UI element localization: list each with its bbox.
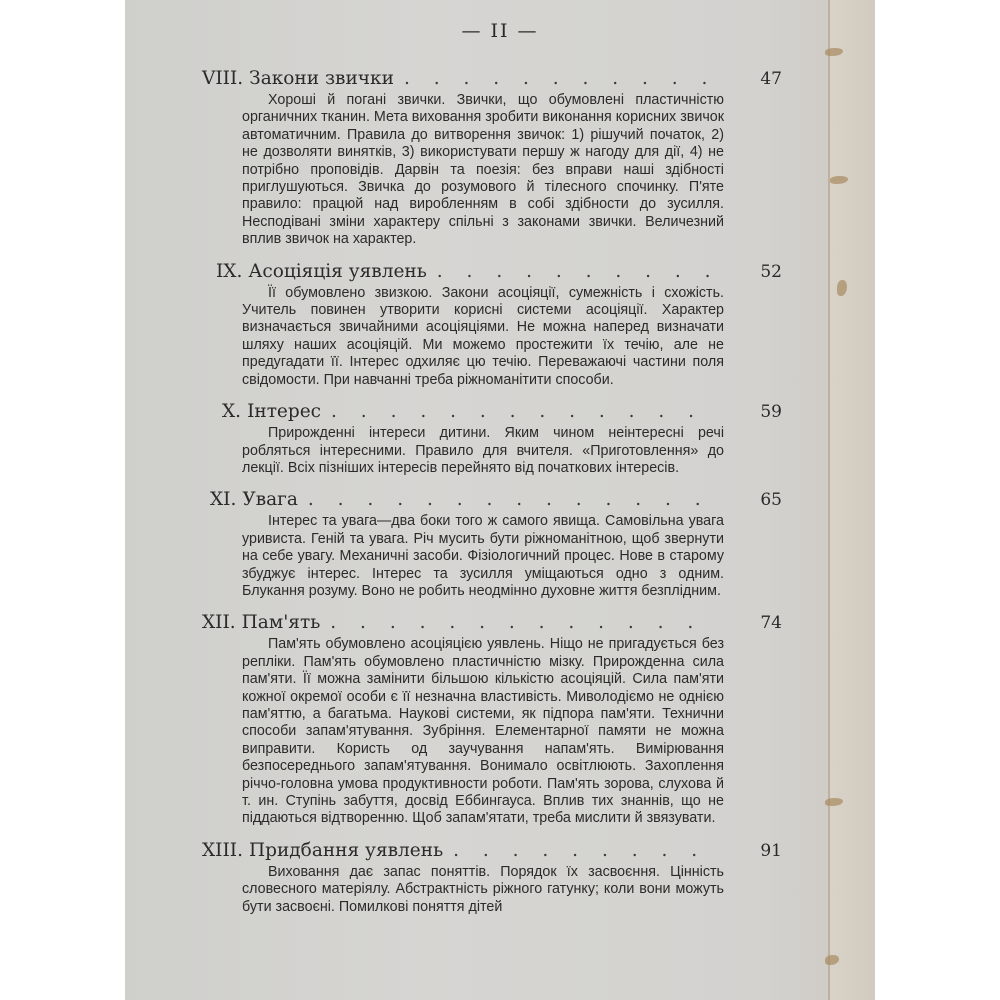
- page-margin-strip: [830, 0, 875, 1000]
- toc-entry-heading: XIII. Придбання уявлень 91: [202, 838, 762, 864]
- toc-entry: IX. Асоціяція уявлень 52 Її обумовлено з…: [202, 259, 762, 389]
- chapter-page-number: 47: [742, 66, 782, 92]
- chapter-page-number: 65: [742, 487, 782, 513]
- chapter-numeral: VIII.: [202, 66, 243, 92]
- chapter-title: Пам'ять: [242, 610, 321, 636]
- toc-entry: XII. Пам'ять 74 Пам'ять обумовлено асоці…: [202, 610, 762, 827]
- dot-leader: [453, 838, 712, 864]
- chapter-page-number: 52: [742, 259, 782, 285]
- chapter-numeral: XI.: [202, 487, 236, 513]
- toc-entry-heading: VIII. Закони звички 47: [202, 66, 762, 92]
- chapter-title: Асоціяція уявлень: [248, 259, 426, 285]
- page-number: — II —: [125, 20, 875, 42]
- chapter-summary: Прирожденні інтереси дитини. Яким чином …: [242, 425, 724, 477]
- chapter-summary: Інтерес та увага—два боки того ж самого …: [242, 513, 724, 600]
- toc-entry-heading: XII. Пам'ять 74: [202, 610, 762, 636]
- toc-entry: X. Інтерес 59 Прирожденні інтереси дитин…: [202, 399, 762, 477]
- chapter-summary: Пам'ять обумовлено асоціяцією уявлень. Н…: [242, 636, 724, 827]
- chapter-title: Інтерес: [247, 399, 321, 425]
- dot-leader: [437, 259, 712, 285]
- chapter-page-number: 59: [742, 399, 782, 425]
- dot-leader: [331, 399, 712, 425]
- chapter-summary: Її обумовлено звизкою. Закони асоціяції,…: [242, 285, 724, 389]
- chapter-title: Закони звички: [249, 66, 394, 92]
- toc-entry: XI. Увага 65 Інтерес та увага—два боки т…: [202, 487, 762, 600]
- toc-entry-heading: IX. Асоціяція уявлень 52: [202, 259, 762, 285]
- chapter-numeral: X.: [202, 399, 241, 425]
- chapter-page-number: 91: [742, 838, 782, 864]
- chapter-summary: Хороші й погані звички. Звички, що обумо…: [242, 92, 724, 249]
- chapter-title: Придбання уявлень: [249, 838, 443, 864]
- toc-entry-heading: XI. Увага 65: [202, 487, 762, 513]
- chapter-numeral: IX.: [202, 259, 242, 285]
- toc-entry: XIII. Придбання уявлень 91 Виховання дає…: [202, 838, 762, 916]
- dot-leader: [308, 487, 712, 513]
- dot-leader: [404, 66, 712, 92]
- dot-leader: [330, 610, 712, 636]
- book-page: — II — VIII. Закони звички 47 Хороші й п…: [125, 0, 875, 1000]
- table-of-contents: VIII. Закони звички 47 Хороші й погані з…: [202, 66, 762, 928]
- toc-entry: VIII. Закони звички 47 Хороші й погані з…: [202, 66, 762, 249]
- chapter-numeral: XII.: [202, 610, 236, 636]
- toc-entry-heading: X. Інтерес 59: [202, 399, 762, 425]
- chapter-title: Увага: [242, 487, 298, 513]
- chapter-summary: Виховання дає запас поняттів. Порядок їх…: [242, 864, 724, 916]
- chapter-numeral: XIII.: [202, 838, 243, 864]
- chapter-page-number: 74: [742, 610, 782, 636]
- page-fold-line: [828, 0, 830, 1000]
